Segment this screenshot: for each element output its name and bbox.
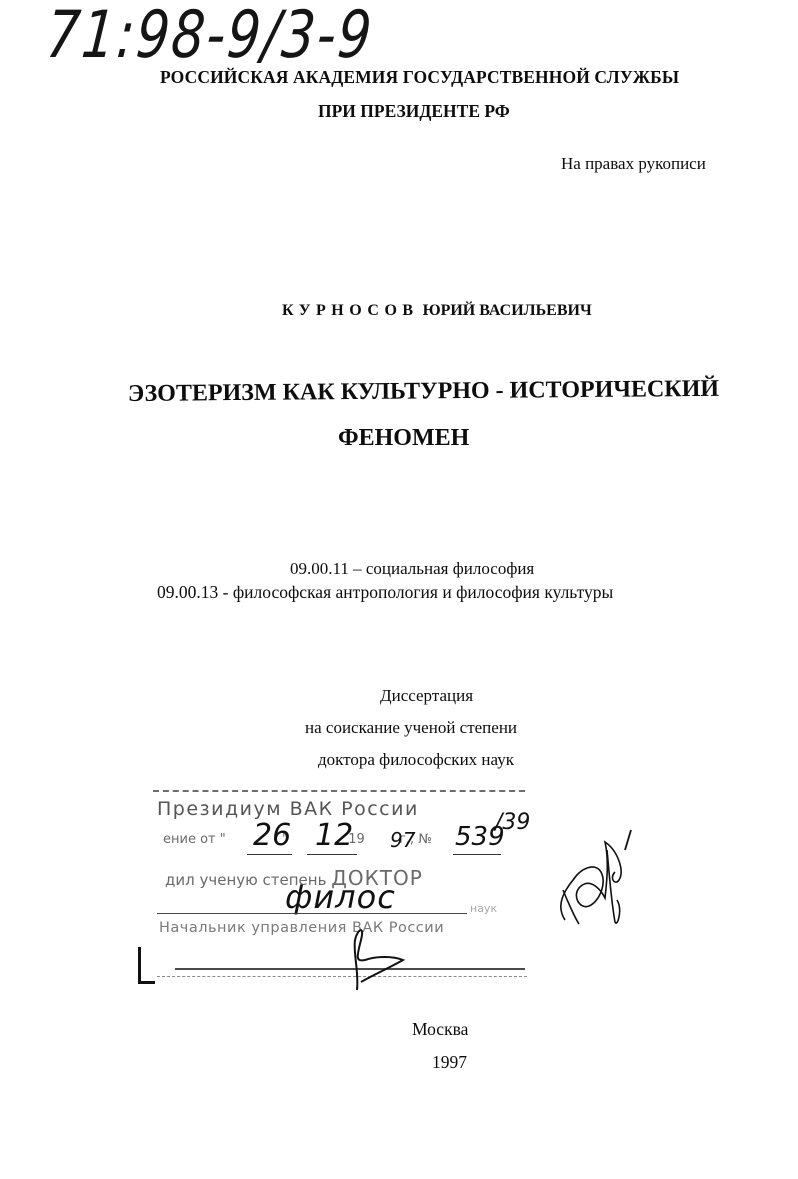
specialty-code-1: 09.00.11 – социальная философия bbox=[290, 559, 534, 579]
manuscript-note: На правах рукописи bbox=[561, 154, 706, 174]
stamp-number-suffix: /39 bbox=[495, 810, 530, 835]
author-given-names: ЮРИЙ ВАСИЛЬЕВИЧ bbox=[423, 302, 592, 319]
stamp-decision-prefix: ение от " bbox=[163, 832, 226, 847]
stamp-field-value: филос bbox=[285, 878, 396, 916]
stamp-signature-icon bbox=[335, 912, 435, 992]
stamp-date-month: 12 bbox=[315, 818, 353, 853]
stamp-number-underline bbox=[453, 854, 501, 855]
publication-year: 1997 bbox=[432, 1052, 467, 1073]
stamp-day-underline bbox=[247, 854, 292, 855]
stamp-date-year: 97 bbox=[390, 828, 415, 852]
stamp-field-suffix: наук bbox=[470, 902, 497, 915]
official-signature-icon bbox=[545, 810, 655, 930]
author-name: КУРНОСОВ ЮРИЙ ВАСИЛЬЕВИЧ bbox=[282, 302, 592, 320]
stamp-corner-bracket bbox=[138, 947, 155, 984]
stamp-top-rule bbox=[153, 790, 525, 792]
organization-name: РОССИЙСКАЯ АКАДЕМИЯ ГОСУДАРСТВЕННОЙ СЛУЖ… bbox=[160, 67, 679, 88]
degree-purpose: на соискание ученой степени bbox=[305, 718, 517, 738]
publication-city: Москва bbox=[412, 1019, 468, 1040]
stamp-month-underline bbox=[307, 854, 357, 855]
degree-name: доктора философских наук bbox=[318, 750, 514, 770]
stamp-date-day: 26 bbox=[253, 818, 291, 853]
dissertation-title-line-2: ФЕНОМЕН bbox=[338, 425, 469, 452]
organization-subtitle: ПРИ ПРЕЗИДЕНТЕ РФ bbox=[318, 101, 510, 122]
author-surname: КУРНОСОВ bbox=[282, 302, 419, 319]
vak-approval-stamp: Президиум ВАК России ение от " " 19 г., … bbox=[135, 782, 530, 992]
catalog-number: 71:98-9/3-9 bbox=[44, 0, 376, 73]
dissertation-title-line-1: ЭЗОТЕРИЗМ КАК КУЛЬТУРНО - ИСТОРИЧЕСКИЙ bbox=[128, 376, 719, 408]
document-type: Диссертация bbox=[380, 686, 473, 706]
stamp-title: Президиум ВАК России bbox=[157, 798, 419, 820]
specialty-code-2: 09.00.13 - философская антропология и фи… bbox=[157, 582, 613, 603]
